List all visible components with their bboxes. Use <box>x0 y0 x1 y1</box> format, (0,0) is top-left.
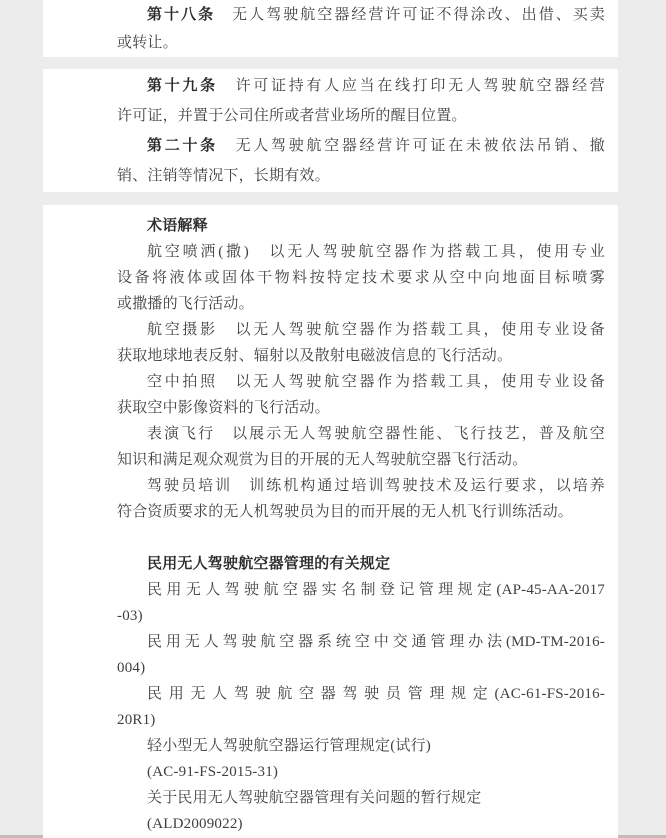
text-line: 表演飞行 以展示无人驾驶航空器性能、飞行技艺，普及航空 <box>117 421 605 447</box>
text-run: 获取地球地表反射、辐射以及散射电磁波信息的飞行活动。 <box>117 348 512 364</box>
text-run: 空中拍照 以无人驾驶航空器作为搭载工具，使用专业设备 <box>147 374 605 390</box>
text-run: 符合资质要求的无人机驾驶员为目的而开展的无人机飞行训练活动。 <box>117 504 573 520</box>
text-run: 民用无人驾驶航空器系统空中交通管理办法(MD-TM-2016- <box>147 634 605 650</box>
text-run: 知识和满足观众观赏为目的开展的无人驾驶航空器飞行活动。 <box>117 452 527 468</box>
document-page: 第十八条 无人驾驶航空器经营许可证不得涂改、出借、买卖或转让。第十九条 许可证持… <box>0 0 666 838</box>
text-line: 民用无人驾驶航空器实名制登记管理规定(AP-45-AA-2017 <box>117 577 605 603</box>
text-line: (ALD2009022) <box>117 811 605 837</box>
text-run: 民用无人驾驶航空器驾驶员管理规定(AC-61-FS-2016- <box>147 686 605 702</box>
text-line: 或转让。 <box>117 29 605 57</box>
text-line: 航空摄影 以无人驾驶航空器作为搭载工具，使用专业设备 <box>117 317 605 343</box>
text-run: (AC-91-FS-2015-31) <box>147 764 278 780</box>
text-run: 无人驾驶航空器经营许可证不得涂改、出借、买卖 <box>215 7 605 23</box>
document-card: 术语解释航空喷洒(撒) 以无人驾驶航空器作为搭载工具，使用专业设备将液体或固体干… <box>43 205 618 838</box>
text-run: 表演飞行 以展示无人驾驶航空器性能、飞行技艺，普及航空 <box>147 426 605 442</box>
section-heading: 民用无人驾驶航空器管理的有关规定 <box>117 551 605 577</box>
bold-run: 第十八条 <box>147 6 215 23</box>
text-run: 20R1) <box>117 712 156 728</box>
text-line: 驾驶员培训 训练机构通过培训驾驶技术及运行要求，以培养 <box>117 473 605 499</box>
text-run: 民用无人驾驶航空器实名制登记管理规定(AP-45-AA-2017 <box>147 582 605 598</box>
text-line: 004) <box>117 655 605 681</box>
text-run: 或转让。 <box>117 35 178 51</box>
text-line: 许可证，并置于公司住所或者营业场所的醒目位置。 <box>117 101 605 131</box>
text-run: 许可证持有人应当在线打印无人驾驶航空器经营 <box>218 78 605 94</box>
text-run: 驾驶员培训 训练机构通过培训驾驶技术及运行要求，以培养 <box>147 478 605 494</box>
document-card: 第十九条 许可证持有人应当在线打印无人驾驶航空器经营许可证，并置于公司住所或者营… <box>43 69 618 192</box>
text-line: 获取地球地表反射、辐射以及散射电磁波信息的飞行活动。 <box>117 343 605 369</box>
text-line: 第十八条 无人驾驶航空器经营许可证不得涂改、出借、买卖 <box>117 1 605 29</box>
text-run: 无人驾驶航空器经营许可证在未被依法吊销、撤 <box>218 138 605 154</box>
text-line: 或撒播的飞行活动。 <box>117 291 605 317</box>
text-line: 知识和满足观众观赏为目的开展的无人驾驶航空器飞行活动。 <box>117 447 605 473</box>
bold-run: 第二十条 <box>147 137 218 154</box>
text-line: 第二十条 无人驾驶航空器经营许可证在未被依法吊销、撤 <box>117 131 605 161</box>
text-line: 20R1) <box>117 707 605 733</box>
text-line: 获取空中影像资料的飞行活动。 <box>117 395 605 421</box>
text-line: 空中拍照 以无人驾驶航空器作为搭载工具，使用专业设备 <box>117 369 605 395</box>
text-run: (ALD2009022) <box>147 816 243 832</box>
text-run: 航空摄影 以无人驾驶航空器作为搭载工具，使用专业设备 <box>147 322 605 338</box>
blank-line <box>117 525 605 551</box>
text-line: 航空喷洒(撒) 以无人驾驶航空器作为搭载工具，使用专业 <box>117 239 605 265</box>
text-line: 民用无人驾驶航空器系统空中交通管理办法(MD-TM-2016- <box>117 629 605 655</box>
text-run: 许可证，并置于公司住所或者营业场所的醒目位置。 <box>117 108 467 124</box>
bold-run: 民用无人驾驶航空器管理的有关规定 <box>147 555 390 572</box>
text-line: 关于民用无人驾驶航空器管理有关问题的暂行规定 <box>117 785 605 811</box>
bold-run: 术语解释 <box>147 217 208 234</box>
text-line: 销、注销等情况下，长期有效。 <box>117 161 605 191</box>
text-run: -03) <box>117 608 143 624</box>
text-run: 轻小型无人驾驶航空器运行管理规定(试行) <box>147 738 431 754</box>
text-line: 符合资质要求的无人机驾驶员为目的而开展的无人机飞行训练活动。 <box>117 499 605 525</box>
document-card: 第十八条 无人驾驶航空器经营许可证不得涂改、出借、买卖或转让。 <box>43 0 618 57</box>
text-run: 004) <box>117 660 145 676</box>
text-run: 设备将液体或固体干物料按特定技术要求从空中向地面目标喷雾 <box>117 270 605 286</box>
bold-run: 第十九条 <box>147 77 218 94</box>
text-run: 销、注销等情况下，长期有效。 <box>117 168 330 184</box>
text-line: (AC-91-FS-2015-31) <box>117 759 605 785</box>
text-line: 第十九条 许可证持有人应当在线打印无人驾驶航空器经营 <box>117 71 605 101</box>
text-run: 关于民用无人驾驶航空器管理有关问题的暂行规定 <box>147 790 481 806</box>
text-run: 航空喷洒(撒) 以无人驾驶航空器作为搭载工具，使用专业 <box>147 244 605 260</box>
text-run: 或撒播的飞行活动。 <box>117 296 254 312</box>
text-line: 民用无人驾驶航空器驾驶员管理规定(AC-61-FS-2016- <box>117 681 605 707</box>
text-line: -03) <box>117 603 605 629</box>
text-line: 设备将液体或固体干物料按特定技术要求从空中向地面目标喷雾 <box>117 265 605 291</box>
text-line: 轻小型无人驾驶航空器运行管理规定(试行) <box>117 733 605 759</box>
section-heading: 术语解释 <box>117 213 605 239</box>
text-run: 获取空中影像资料的飞行活动。 <box>117 400 330 416</box>
